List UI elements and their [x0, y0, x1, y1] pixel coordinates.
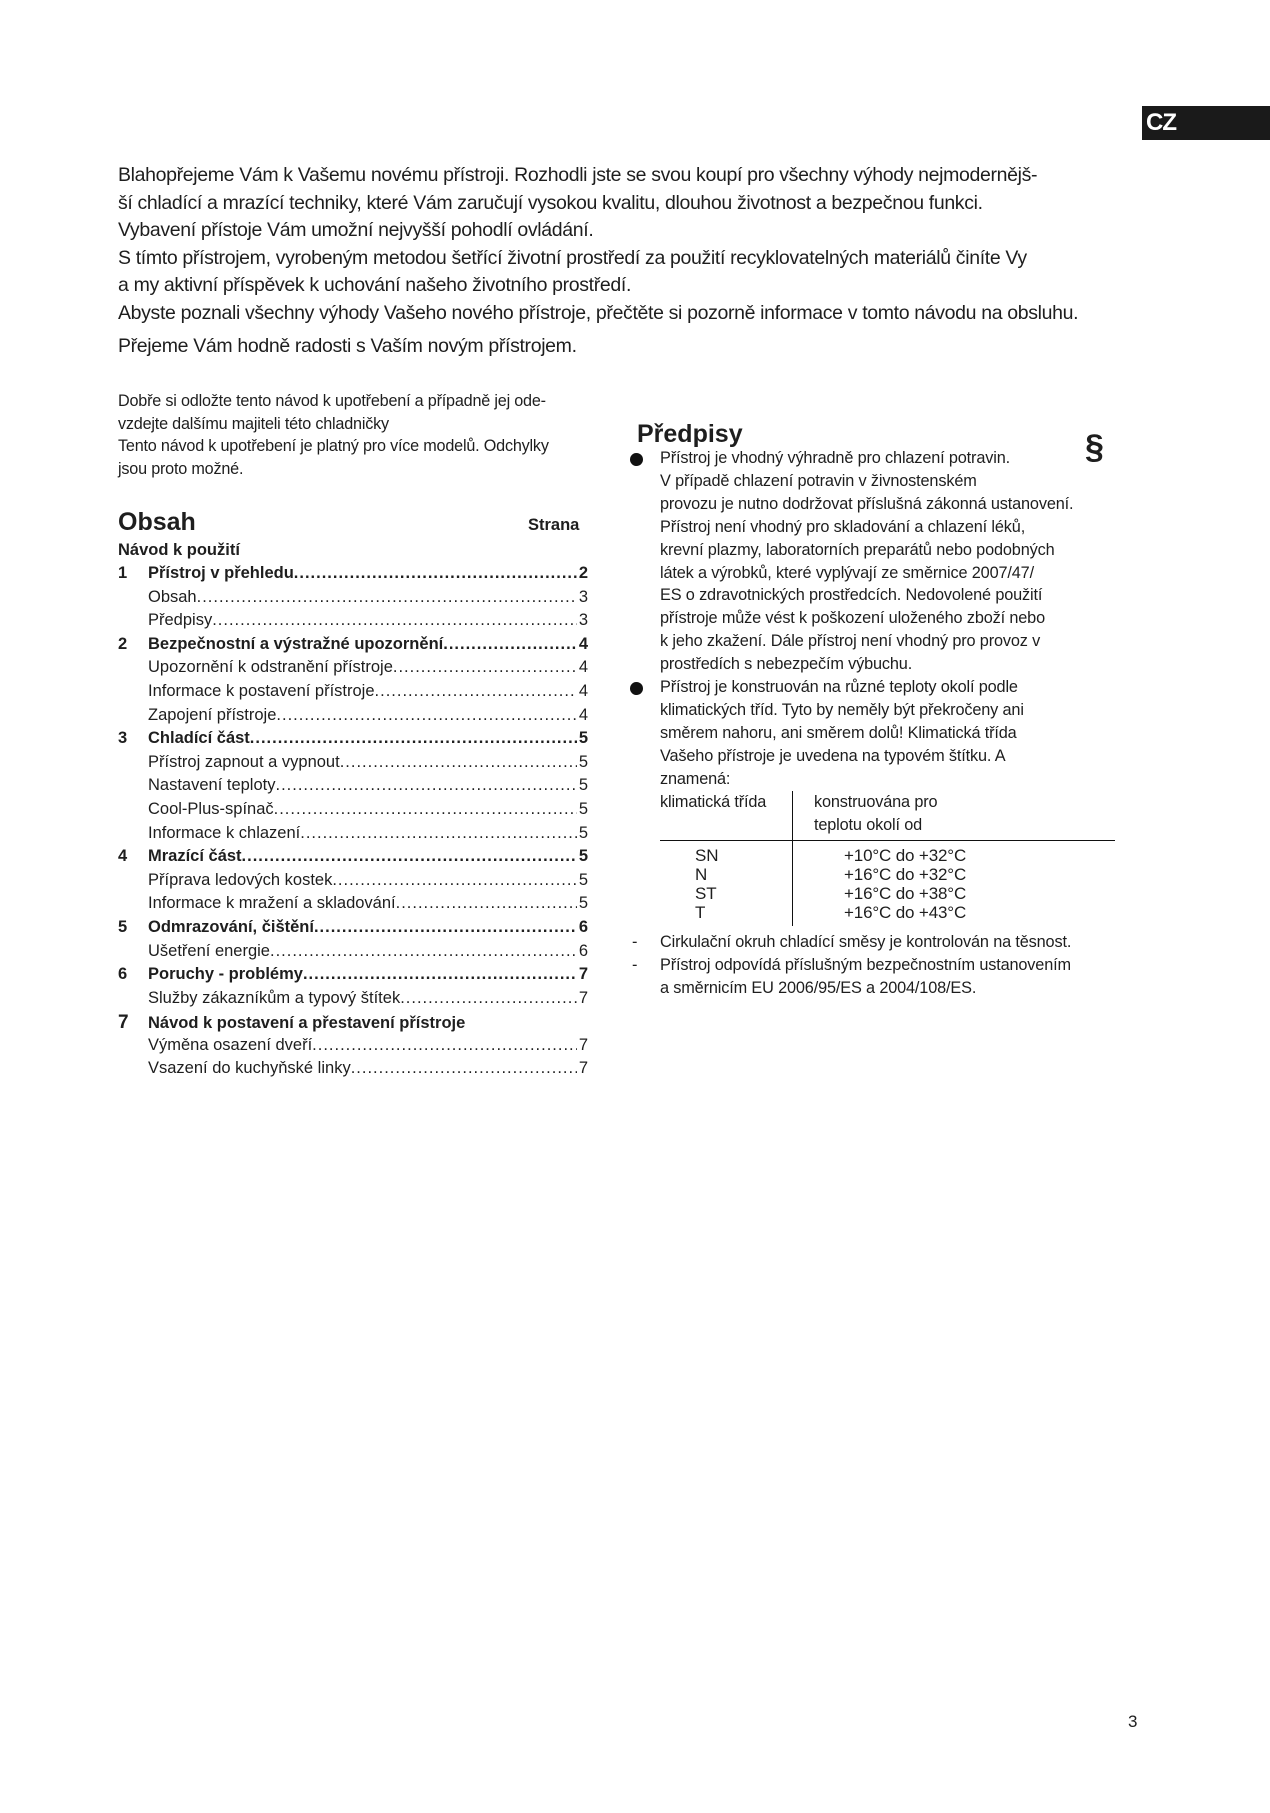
toc-leader-dots: [274, 800, 577, 819]
toc-entry-label: Upozornění k odstranění přístroje: [148, 658, 393, 677]
language-tab: CZ: [1142, 106, 1270, 140]
toc-leader-dots: [276, 776, 577, 795]
toc-entry[interactable]: Zapojení přístroje4: [118, 706, 588, 730]
toc-entry-label: Předpisy: [148, 611, 212, 630]
toc-entry-label: Vsazení do kuchyňské linky: [148, 1059, 351, 1078]
toc-leader-dots: [443, 635, 577, 654]
toc-entry-label: Informace k mražení a skladování: [148, 894, 396, 913]
table-of-contents: 1Přístroj v přehledu2Obsah 3Předpisy 32B…: [118, 564, 588, 1083]
dash-list: -Cirkulační okruh chladící směsy je kont…: [630, 931, 1130, 1000]
climate-class-column: SNNSTT: [660, 841, 793, 926]
note-line: Tento návod k upotřebení je platný pro v…: [118, 435, 618, 458]
toc-entry[interactable]: Předpisy 3: [118, 611, 588, 635]
toc-entry-number: 4: [118, 847, 148, 866]
toc-leader-dots: [250, 729, 577, 748]
intro-line: ší chladící a mrazící techniky, které Vá…: [118, 190, 1138, 218]
toc-subtitle: Návod k použití: [118, 541, 240, 560]
toc-entry-page: 5: [577, 824, 588, 843]
toc-entry-page: 4: [577, 635, 588, 654]
toc-entry-label: Služby zákazníkům a typový štítek: [148, 989, 400, 1008]
temperature-range: +16°C do +32°C: [844, 866, 966, 885]
climate-table-header: klimatická třída konstruována pro teplot…: [660, 791, 1115, 842]
climate-table-body: SNNSTT +10°C do +32°C+16°C do +32°C+16°C…: [660, 841, 1115, 926]
toc-entry-label: Přístroj zapnout a vypnout: [148, 753, 340, 772]
bullet-dot-icon: [630, 682, 643, 695]
toc-entry-page: 5: [577, 894, 588, 913]
intro-line: S tímto přístrojem, vyrobeným metodou še…: [118, 245, 1138, 273]
intro-text: Blahopřejeme Vám k Vašemu novému přístro…: [118, 162, 1138, 361]
toc-entry-page: 2: [577, 564, 588, 583]
dash-line: Cirkulační okruh chladící směsy je kontr…: [660, 931, 1130, 954]
toc-entry-page: 5: [577, 800, 588, 819]
bullet-line: Přístroj je konstruován na různé teploty…: [660, 676, 1130, 699]
toc-entry-label: Informace k postavení přístroje: [148, 682, 375, 701]
toc-entry-page: 4: [577, 682, 588, 701]
toc-leader-dots: [242, 847, 577, 866]
toc-entry-page: 5: [577, 871, 588, 890]
header-temperature-range: konstruována pro teplotu okolí od: [793, 791, 937, 841]
toc-entry-number: 3: [118, 729, 148, 748]
toc-entry-number: 7: [118, 1012, 148, 1034]
intro-line: Abyste poznali všechny výhody Vašeho nov…: [118, 300, 1138, 328]
bullet-line: přístroje může vést k poškození uloženéh…: [660, 607, 1130, 630]
bullet-line: provozu je nutno dodržovat příslušná zák…: [660, 493, 1130, 516]
toc-entry[interactable]: Upozornění k odstranění přístroje 4: [118, 658, 588, 682]
bullet-line: krevní plazmy, laboratorních preparátů n…: [660, 539, 1130, 562]
toc-entry-page: 5: [577, 729, 588, 748]
toc-entry-label: Přístroj v přehledu: [148, 564, 294, 583]
toc-entry-label: Obsah: [148, 588, 197, 607]
toc-leader-dots: [340, 753, 577, 772]
toc-leader-dots: [375, 682, 577, 701]
toc-entry-page: 7: [577, 1036, 588, 1055]
toc-entry-label: Příprava ledových kostek: [148, 871, 332, 890]
note-line: Dobře si odložte tento návod k upotřeben…: [118, 390, 618, 413]
storage-note: Dobře si odložte tento návod k upotřeben…: [118, 390, 618, 480]
toc-leader-dots: [393, 658, 577, 677]
toc-entry[interactable]: 1Přístroj v přehledu2: [118, 564, 588, 588]
bullet-line: k jeho zkažení. Dále přístroj není vhodn…: [660, 630, 1130, 653]
bullet-line: Přístroj je vhodný výhradně pro chlazení…: [660, 447, 1130, 470]
intro-line: Vybavení přístoje Vám umožní nejvyšší po…: [118, 217, 1138, 245]
toc-entry-page: 5: [577, 753, 588, 772]
bullet-text: Přístroj je konstruován na různé teploty…: [660, 676, 1130, 791]
note-line: jsou proto možné.: [118, 458, 618, 481]
toc-title: Obsah: [118, 508, 196, 537]
toc-entry-page: 5: [577, 847, 588, 866]
bullet-line: směrem nahoru, ani směrem dolů! Klimatic…: [660, 722, 1130, 745]
toc-page-header: Strana: [528, 516, 579, 535]
bullet-line: klimatických tříd. Tyto by neměly být př…: [660, 699, 1130, 722]
bullet-line: V případě chlazení potravin v živnostens…: [660, 470, 1130, 493]
regulations-title: Předpisy: [637, 420, 743, 449]
toc-entry[interactable]: Nastavení teploty5: [118, 776, 588, 800]
header-range-line: konstruována pro: [814, 791, 937, 814]
toc-entry-number: 1: [118, 564, 148, 583]
toc-entry[interactable]: Informace k postavení přístroje 4: [118, 682, 588, 706]
temperature-range: +16°C do +38°C: [844, 885, 966, 904]
toc-entry-page: 7: [577, 989, 588, 1008]
toc-entry-page: 4: [577, 658, 588, 677]
toc-entry-page: 7: [577, 1059, 588, 1078]
toc-entry[interactable]: 5Odmrazování, čištění6: [118, 918, 588, 942]
climate-class: N: [695, 866, 792, 885]
dash-item: -Cirkulační okruh chladící směsy je kont…: [630, 931, 1130, 954]
regulations-body: Přístroj je vhodný výhradně pro chlazení…: [630, 447, 1130, 1000]
temperature-range-column: +10°C do +32°C+16°C do +32°C+16°C do +38…: [793, 841, 966, 926]
temperature-range: +10°C do +32°C: [844, 847, 966, 866]
dash-line: a směrnicím EU 2006/95/ES a 2004/108/ES.: [660, 977, 1130, 1000]
toc-leader-dots: [270, 942, 577, 961]
bullet-line: Přístroj není vhodný pro skladování a ch…: [660, 516, 1130, 539]
toc-entry[interactable]: Služby zákazníkům a typový štítek 7: [118, 989, 588, 1013]
toc-entry[interactable]: 4Mrazící část5: [118, 847, 588, 871]
bullet-line: Vašeho přístroje je uvedena na typovém š…: [660, 745, 1130, 768]
toc-entry-number: 6: [118, 965, 148, 984]
note-line: vzdejte dalšímu majiteli této chladničky: [118, 413, 618, 436]
toc-entry[interactable]: Příprava ledových kostek5: [118, 871, 588, 895]
header-range-line: teplotu okolí od: [814, 814, 937, 837]
bullet-line: znamená:: [660, 768, 1130, 791]
climate-class: T: [695, 904, 792, 923]
climate-class-table: klimatická třída konstruována pro teplot…: [660, 791, 1115, 927]
toc-entry[interactable]: 6Poruchy - problémy7: [118, 965, 588, 989]
toc-entry[interactable]: Obsah 3: [118, 588, 588, 612]
dash-line: Přístroj odpovídá příslušným bezpečnostn…: [660, 954, 1130, 977]
bullet-line: látek a výrobků, které vyplývají ze směr…: [660, 562, 1130, 585]
toc-entry-label: Odmrazování, čištění: [148, 918, 314, 937]
bullet-text: Přístroj je vhodný výhradně pro chlazení…: [660, 447, 1130, 676]
toc-entry-label: Informace k chlazení: [148, 824, 300, 843]
toc-entry-label: Zapojení přístroje: [148, 706, 276, 725]
intro-line: a my aktivní příspěvek k uchování našeho…: [118, 272, 1138, 300]
dash-item: -Přístroj odpovídá příslušným bezpečnost…: [630, 954, 1130, 1000]
dash-marker: -: [632, 931, 637, 954]
regulation-bullet: Přístroj je vhodný výhradně pro chlazení…: [630, 447, 1130, 676]
toc-entry[interactable]: Informace k chlazení5: [118, 824, 588, 848]
toc-entry-label: Bezpečnostní a výstražné upozornění: [148, 635, 443, 654]
toc-entry[interactable]: Vsazení do kuchyňské linky 7: [118, 1059, 588, 1083]
toc-leader-dots: [212, 611, 577, 630]
toc-entry[interactable]: 2Bezpečnostní a výstražné upozornění4: [118, 635, 588, 659]
toc-leader-dots: [197, 588, 577, 607]
toc-entry-label: Chladící část: [148, 729, 250, 748]
toc-entry-page: 6: [577, 942, 588, 961]
bullet-dot-icon: [630, 453, 643, 466]
toc-entry-label: Výměna osazení dveří: [148, 1036, 312, 1055]
toc-entry-label: Mrazící část: [148, 847, 242, 866]
toc-entry-page: 3: [577, 611, 588, 630]
toc-leader-dots: [351, 1059, 577, 1078]
toc-entry[interactable]: Informace k mražení a skladování 5: [118, 894, 588, 918]
header-climate-class: klimatická třída: [660, 791, 793, 841]
toc-entry-label: Cool-Plus-spínač: [148, 800, 274, 819]
toc-entry-page: 6: [577, 918, 588, 937]
page-number: 3: [1128, 1712, 1137, 1732]
toc-leader-dots: [300, 824, 577, 843]
dash-marker: -: [632, 954, 637, 977]
intro-line: Blahopřejeme Vám k Vašemu novému přístro…: [118, 162, 1138, 190]
toc-leader-dots: [303, 965, 577, 984]
toc-leader-dots: [314, 918, 577, 937]
bullet-line: prostředích s nebezpečím výbuchu.: [660, 653, 1130, 676]
toc-leader-dots: [396, 894, 577, 913]
toc-entry-label: Ušetření energie: [148, 942, 270, 961]
climate-class: SN: [695, 847, 792, 866]
toc-entry[interactable]: Cool-Plus-spínač 5: [118, 800, 588, 824]
toc-entry-label: Nastavení teploty: [148, 776, 276, 795]
toc-leader-dots: [276, 706, 576, 725]
toc-entry[interactable]: Přístroj zapnout a vypnout 5: [118, 753, 588, 777]
toc-leader-dots: [294, 564, 577, 583]
bullet-line: ES o zdravotnických prostředcích. Nedovo…: [660, 584, 1130, 607]
toc-entry[interactable]: 7Návod k postavení a přestavení přístroj…: [118, 1012, 588, 1036]
toc-entry-page: 7: [577, 965, 588, 984]
toc-entry-page: 4: [577, 706, 588, 725]
toc-leader-dots: [332, 871, 576, 890]
toc-entry-page: 3: [577, 588, 588, 607]
toc-entry[interactable]: Výměna osazení dveří 7: [118, 1036, 588, 1060]
toc-leader-dots: [312, 1036, 577, 1055]
toc-entry[interactable]: 3Chladící část5: [118, 729, 588, 753]
toc-entry-label: Poruchy - problémy: [148, 965, 303, 984]
temperature-range: +16°C do +43°C: [844, 904, 966, 923]
toc-leader-dots: [400, 989, 577, 1008]
toc-entry-number: 5: [118, 918, 148, 937]
toc-entry-page: 5: [577, 776, 588, 795]
toc-entry[interactable]: Ušetření energie6: [118, 942, 588, 966]
climate-class: ST: [695, 885, 792, 904]
toc-entry-number: 2: [118, 635, 148, 654]
toc-entry-label: Návod k postavení a přestavení přístroje: [148, 1014, 465, 1033]
intro-closing: Přejeme Vám hodně radosti s Vaším novým …: [118, 333, 1138, 361]
regulation-bullet: Přístroj je konstruován na různé teploty…: [630, 676, 1130, 791]
